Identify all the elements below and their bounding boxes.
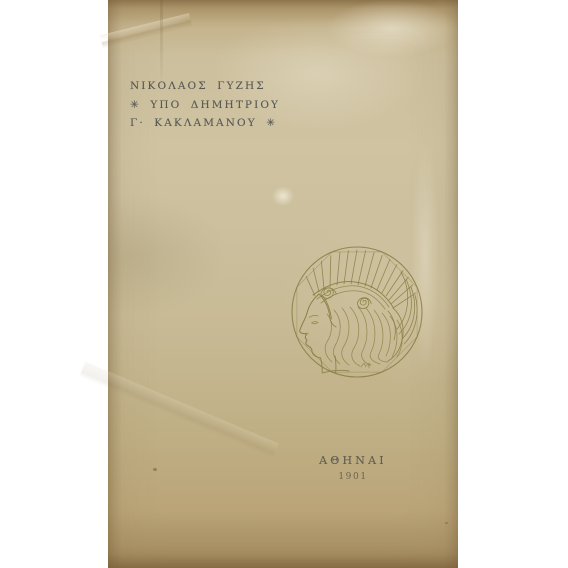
paper-crease <box>79 362 279 459</box>
imprint-year: 1901 <box>253 472 453 482</box>
paper-fleck <box>445 522 448 524</box>
cover-byline-1: ✳ ΥΠΟ ΔΗΜΗΤΡΙΟΥ <box>130 96 280 115</box>
book-cover-page: ΝΙΚΟΛΑΟΣ ΓΥΖΗΣ ✳ ΥΠΟ ΔΗΜΗΤΡΙΟΥ Γ· ΚΑΚΛΑΜ… <box>108 0 458 568</box>
paper-crease <box>100 13 193 49</box>
scan-canvas: ΝΙΚΟΛΑΟΣ ΓΥΖΗΣ ✳ ΥΠΟ ΔΗΜΗΤΡΙΟΥ Γ· ΚΑΚΛΑΜ… <box>0 0 568 568</box>
paper-fleck <box>153 468 157 471</box>
cover-byline-2: Γ· ΚΑΚΛΑΜΑΝΟΥ ✳ <box>130 114 280 133</box>
imprint-city: ΑΘΗΝΑΙ <box>253 454 453 467</box>
title-block: ΝΙΚΟΛΑΟΣ ΓΥΖΗΣ ✳ ΥΠΟ ΔΗΜΗΤΡΙΟΥ Γ· ΚΑΚΛΑΜ… <box>130 77 280 133</box>
imprint-block: ΑΘΗΝΑΙ 1901 <box>253 454 453 482</box>
cover-title: ΝΙΚΟΛΑΟΣ ΓΥΖΗΣ <box>130 77 280 96</box>
athena-head-medallion-icon <box>287 242 427 382</box>
